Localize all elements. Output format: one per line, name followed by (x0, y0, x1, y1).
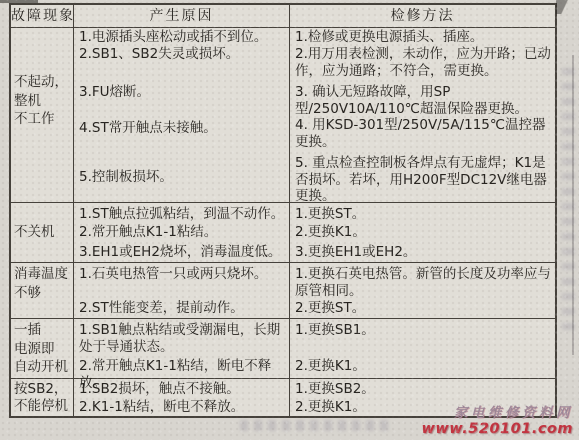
cause-cell: 1.SB2损坏，触点不接触。 (74, 379, 290, 398)
scan-artifact (572, 55, 574, 355)
fault-cell: 消毒温度 不够 (11, 263, 74, 318)
scan-artifact (556, 0, 579, 14)
cause-method-pairs: 1.ST触点拉弧粘结，到温不动作。 1.更换ST。 2.常开触点K1-1粘结。 … (74, 203, 555, 262)
cause-cell: 3.EH1或EH2烧坏，消毒温度低。 (74, 243, 290, 262)
method-cell: 4. 用KSD-301型/250V/5A/115℃温控器更换。 (290, 116, 555, 152)
cause-cell: 1.石英电热管一只或两只烧坏。 (74, 263, 290, 296)
watermark: 家电维修资料网 www.520101.com (422, 401, 573, 437)
cause-cell: 5.控制板损坏。 (74, 152, 290, 202)
cause-cell: 2.ST性能变差，提前动作。 (74, 296, 290, 318)
cause-cell: 1.SB1触点粘结或受潮漏电，长期处于导通状态。 (74, 319, 290, 355)
cause-method-pairs: 1.石英电热管一只或两只烧坏。 1.更换石英电热管。新管的长度及功率应与原管相同… (74, 263, 555, 318)
col-header-cause: 产生原因 (74, 5, 290, 27)
method-cell: 2.更换K1。 (290, 355, 555, 378)
watermark-site-name: 家电维修资料网 (422, 401, 573, 421)
col-header-fault: 故障现象 (11, 5, 74, 27)
cause-cell: 2.K1-1粘结，断电不释放。 (74, 398, 290, 416)
cause-cell: 2.常开触点K1-1粘结。 (74, 223, 290, 243)
bleedthrough-smudge (562, 60, 575, 330)
table-row: 一插 电源即 自动开机 1.SB1触点粘结或受潮漏电，长期处于导通状态。 1.更… (11, 318, 555, 378)
method-cell: 1.更换ST。 (290, 203, 555, 223)
table-row: 不起动， 整机 不工作 1.电源插头座松动或插不到位。 1.检修或更换电源插头、… (11, 27, 555, 202)
method-cell: 5. 重点检查控制板各焊点有无虚焊；K1是否损坏。若坏，用H200F型DC12V… (290, 152, 555, 202)
cause-cell: 2.常开触点K1-1粘结，断电不释放。 (74, 355, 290, 378)
method-cell: 2.更换ST。 (290, 296, 555, 318)
method-cell: 1.更换石英电热管。新管的长度及功率应与原管相同。 (290, 263, 555, 296)
method-cell: 1.检修或更换电源插头、插座。 (290, 28, 555, 45)
cause-cell: 3.FU熔断。 (74, 83, 290, 116)
method-cell: 3. 确认无短路故障，用SP型/250V10A/110℃超温保险器更换。 (290, 83, 555, 116)
cause-cell: 1.ST触点拉弧粘结，到温不动作。 (74, 203, 290, 223)
cause-cell: 2.SB1、SB2失灵或损坏。 (74, 45, 290, 83)
method-cell: 3.更换EH1或EH2。 (290, 243, 555, 262)
fault-cell: 一插 电源即 自动开机 (11, 319, 74, 378)
cause-cell: 1.电源插头座松动或插不到位。 (74, 28, 290, 45)
method-cell: 1.更换SB1。 (290, 319, 555, 355)
watermark-site-url: www.520101.com (422, 421, 573, 437)
fault-cell: 不起动， 整机 不工作 (11, 28, 74, 202)
fault-cell: 不关机 (11, 203, 74, 262)
method-cell: 2.更换K1。 (290, 223, 555, 243)
bleedthrough-smudge (240, 420, 390, 431)
cause-method-pairs: 1.SB1触点粘结或受潮漏电，长期处于导通状态。 1.更换SB1。 2.常开触点… (74, 319, 555, 378)
fault-table: 故障现象 产生原因 检修方法 不起动， 整机 不工作 1.电源插头座松动或插不到… (9, 3, 557, 418)
table-row: 消毒温度 不够 1.石英电热管一只或两只烧坏。 1.更换石英电热管。新管的长度及… (11, 262, 555, 318)
method-cell: 2.用万用表检测，未动作，应为开路；已动作，应为通路；不符合，需更换。 (290, 45, 555, 83)
fault-cell: 按SB2， 不能停机 (11, 379, 74, 416)
table-row: 不关机 1.ST触点拉弧粘结，到温不动作。 1.更换ST。 2.常开触点K1-1… (11, 202, 555, 262)
method-cell: 1.更换SB2。 (290, 379, 555, 398)
cause-cell: 4.ST常开触点未接触。 (74, 116, 290, 152)
scanned-page: 故障现象 产生原因 检修方法 不起动， 整机 不工作 1.电源插头座松动或插不到… (0, 0, 579, 440)
table-header-row: 故障现象 产生原因 检修方法 (11, 5, 555, 27)
col-header-method: 检修方法 (290, 5, 555, 27)
cause-method-pairs: 1.电源插头座松动或插不到位。 1.检修或更换电源插头、插座。 2.SB1、SB… (74, 28, 555, 202)
